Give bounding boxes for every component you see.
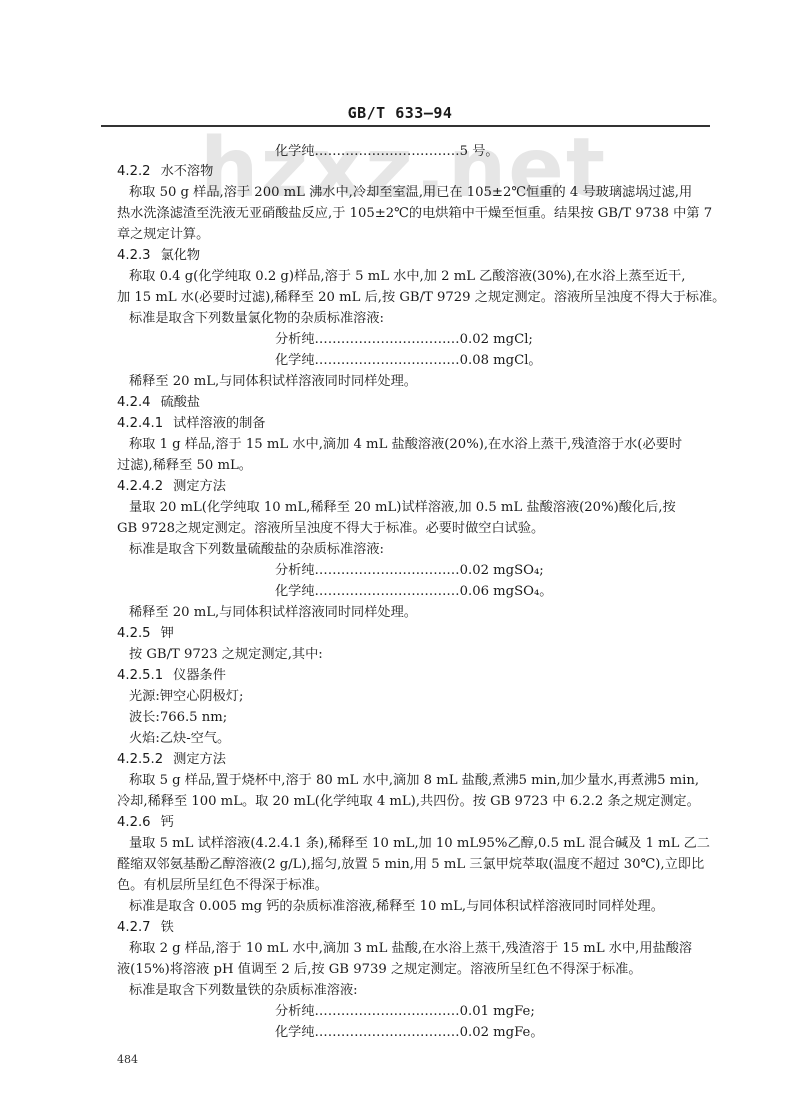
standard-solution-line: 化学纯……………………………0.02 mgFe。: [275, 1023, 544, 1043]
section-number: 4.2.5.2: [117, 750, 163, 770]
paragraph-line: 稀释至 20 mL,与同体积试样溶液同时同样处理。: [129, 372, 417, 392]
standard-solution-line: 化学纯……………………………0.06 mgSO₄。: [275, 582, 552, 602]
section-number: 4.2.4.2: [117, 477, 163, 497]
section-heading: 4.2.4.2测定方法: [117, 477, 226, 497]
paragraph-line: 称取 2 g 样品,溶于 10 mL 水中,滴加 3 mL 盐酸,在水浴上蒸干,…: [129, 939, 692, 959]
header-rule: [101, 125, 710, 127]
paragraph-line: 火焰:乙炔-空气。: [129, 729, 230, 749]
section-title: 铁: [161, 920, 174, 935]
paragraph-line: 过滤),稀释至 50 mL。: [117, 456, 252, 476]
section-title: 测定方法: [173, 752, 226, 767]
section-heading: 4.2.7铁: [117, 918, 174, 938]
paragraph-line: 量取 20 mL(化学纯取 10 mL,稀释至 20 mL)试样溶液,加 0.5…: [129, 498, 676, 518]
standard-solution-line: 分析纯……………………………0.01 mgFe;: [275, 1002, 535, 1022]
section-number: 4.2.4.1: [117, 414, 163, 434]
paragraph-line: 标准是取含下列数量铁的杂质标准溶液:: [129, 981, 358, 1001]
section-heading: 4.2.5.2测定方法: [117, 750, 226, 770]
section-title: 水不溶物: [161, 164, 214, 179]
section-number: 4.2.6: [117, 813, 151, 833]
paragraph-line: 标准是取含下列数量氯化物的杂质标准溶液:: [129, 309, 384, 329]
standard-solution-line: 化学纯……………………………5 号。: [275, 142, 499, 162]
section-title: 钾: [161, 626, 174, 641]
section-title: 硫酸盐: [161, 395, 201, 410]
section-heading: 4.2.3氯化物: [117, 246, 200, 266]
page-number: 484: [117, 1053, 138, 1066]
paragraph-line: 标准是取含下列数量硫酸盐的杂质标准溶液:: [129, 540, 384, 560]
section-number: 4.2.2: [117, 162, 151, 182]
section-title: 仪器条件: [173, 668, 226, 683]
paragraph-line: 色。有机层所呈红色不得深于标准。: [117, 876, 328, 896]
section-title: 氯化物: [161, 248, 201, 263]
paragraph-line: 称取 50 g 样品,溶于 200 mL 沸水中,冷却至室温,用已在 105±2…: [129, 183, 692, 203]
paragraph-line: 称取 0.4 g(化学纯取 0.2 g)样品,溶于 5 mL 水中,加 2 mL…: [129, 267, 685, 287]
section-title: 测定方法: [173, 479, 226, 494]
section-heading: 4.2.5钾: [117, 624, 174, 644]
paragraph-line: 称取 1 g 样品,溶于 15 mL 水中,滴加 4 mL 盐酸溶液(20%),…: [129, 435, 682, 455]
paragraph-line: 量取 5 mL 试样溶液(4.2.4.1 条),稀释至 10 mL,加 10 m…: [129, 834, 710, 854]
paragraph-line: 醛缩双邻氨基酚乙醇溶液(2 g/L),摇匀,放置 5 min,用 5 mL 三氯…: [117, 855, 704, 875]
section-number: 4.2.5.1: [117, 666, 163, 686]
paragraph-line: GB 9728之规定测定。溶液所呈浊度不得大于标准。必要时做空白试验。: [117, 519, 544, 539]
section-heading: 4.2.4硫酸盐: [117, 393, 200, 413]
section-number: 4.2.7: [117, 918, 151, 938]
section-number: 4.2.4: [117, 393, 151, 413]
section-heading: 4.2.2水不溶物: [117, 162, 213, 182]
section-title: 钙: [161, 815, 174, 830]
paragraph-line: 光源:钾空心阴极灯;: [129, 687, 243, 707]
paragraph-line: 波长:766.5 nm;: [129, 708, 227, 728]
document-page: hzxz.net GB/T 633—94 化学纯……………………………5 号。4…: [0, 0, 800, 1110]
paragraph-line: 称取 5 g 样品,置于烧杯中,溶于 80 mL 水中,滴加 8 mL 盐酸,煮…: [129, 771, 699, 791]
standard-solution-line: 分析纯……………………………0.02 mgSO₄;: [275, 561, 544, 581]
paragraph-line: 热水洗涤滤渣至洗液无亚硝酸盐反应,于 105±2℃的电烘箱中干燥至恒重。结果按 …: [117, 204, 712, 224]
paragraph-line: 章之规定计算。: [117, 225, 209, 245]
section-number: 4.2.5: [117, 624, 151, 644]
paragraph-line: 冷却,稀释至 100 mL。取 20 mL(化学纯取 4 mL),共四份。按 G…: [117, 792, 700, 812]
standard-solution-line: 分析纯……………………………0.02 mgCl;: [275, 330, 533, 350]
paragraph-line: 加 15 mL 水(必要时过滤),稀释至 20 mL 后,按 GB/T 9729…: [117, 288, 725, 308]
section-heading: 4.2.5.1仪器条件: [117, 666, 226, 686]
standard-header: GB/T 633—94: [0, 104, 800, 122]
section-heading: 4.2.4.1试样溶液的制备: [117, 414, 265, 434]
paragraph-line: 按 GB/T 9723 之规定测定,其中:: [129, 645, 323, 665]
paragraph-line: 稀释至 20 mL,与同体积试样溶液同时同样处理。: [129, 603, 417, 623]
section-title: 试样溶液的制备: [173, 416, 265, 431]
standard-solution-line: 化学纯……………………………0.08 mgCl。: [275, 351, 542, 371]
section-heading: 4.2.6钙: [117, 813, 174, 833]
paragraph-line: 标准是取含 0.005 mg 钙的杂质标准溶液,稀释至 10 mL,与同体积试样…: [129, 897, 664, 917]
section-number: 4.2.3: [117, 246, 151, 266]
paragraph-line: 液(15%)将溶液 pH 值调至 2 后,按 GB 9739 之规定测定。溶液所…: [117, 960, 642, 980]
